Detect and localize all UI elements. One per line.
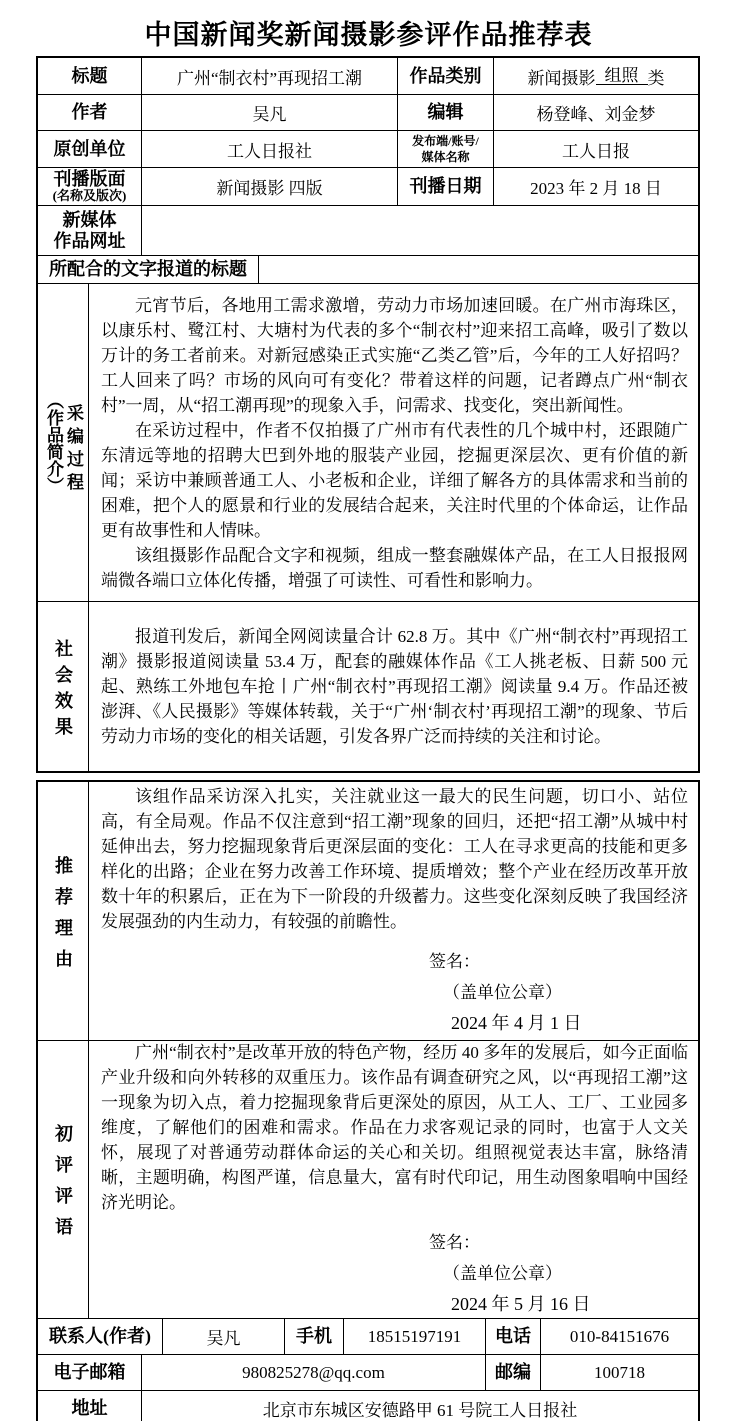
seal-note: （盖单位公章） <box>429 1258 591 1289</box>
signature-label: 签名： <box>429 946 582 977</box>
page-label: 刊播版面 (名称及版次) <box>38 168 142 205</box>
recommendation-vertical-label: 推荐理由 <box>52 843 74 980</box>
recommendation-paragraph: 该组作品采访深入扎实，关注就业这一最大的民生问题，切口小、站位高，有全局观。作品… <box>101 784 688 934</box>
recommendation-content: 该组作品采访深入扎实，关注就业这一最大的民生问题，切口小、站位高，有全局观。作品… <box>89 782 698 1040</box>
row-contact: 联系人(作者) 吴凡 手机 18515197191 电话 010-8415167… <box>38 1319 698 1355</box>
phone-label: 电话 <box>486 1319 541 1354</box>
new-media-value <box>142 206 698 255</box>
process-content: 元宵节后，各地用工需求激增，劳动力市场加速回暖。在广州市海珠区，以康乐村、鹭江村… <box>89 284 698 601</box>
review-content: 广州“制衣村”是改革开放的特色产物，经历 40 多年的发展后，如今正面临产业升级… <box>89 1041 698 1318</box>
address-label: 地址 <box>38 1391 142 1421</box>
new-media-label-line2: 作品网址 <box>54 231 126 252</box>
category-suffix: 类 <box>648 64 665 89</box>
phone-value: 010-84151676 <box>541 1319 698 1354</box>
mobile-label: 手机 <box>285 1319 344 1354</box>
row-effect: 社会效果 报道刊发后，新闻全网阅读量合计 62.8 万。其中《广州“制衣村”再现… <box>38 602 698 771</box>
row-review: 初评评语 广州“制衣村”是改革开放的特色产物，经历 40 多年的发展后，如今正面… <box>38 1041 698 1319</box>
review-paragraph: 广州“制衣村”是改革开放的特色产物，经历 40 多年的发展后，如今正面临产业升级… <box>101 1041 688 1215</box>
org-value: 工人日报社 <box>142 131 398 167</box>
org-label: 原创单位 <box>38 131 142 167</box>
signature-date: 2024 年 4 月 1 日 <box>429 1008 582 1039</box>
platform-label-line1: 发布端/账号/ <box>412 133 479 149</box>
date-value: 2023 年 2 月 18 日 <box>494 168 698 205</box>
page-title: 中国新闻奖新闻摄影参评作品推荐表 <box>0 0 737 52</box>
row-org: 原创单位 工人日报社 发布端/账号/ 媒体名称 工人日报 <box>38 131 698 168</box>
signature-date: 2024 年 5 月 16 日 <box>429 1289 591 1319</box>
recommendation-form-page: 中国新闻奖新闻摄影参评作品推荐表 标题 广州“制衣村”再现招工潮 作品类别 新闻… <box>0 0 737 1421</box>
process-label-sub: （作品简介） <box>43 389 63 496</box>
zip-value: 100718 <box>541 1355 698 1390</box>
row-process: 采编过程 （作品简介） 元宵节后，各地用工需求激增，劳动力市场加速回暖。在广州市… <box>38 284 698 602</box>
form-table-lower: 推荐理由 该组作品采访深入扎实，关注就业这一最大的民生问题，切口小、站位高，有全… <box>36 780 700 1421</box>
process-vertical-label: 采编过程 （作品简介） <box>43 389 83 496</box>
effect-label: 社会效果 <box>38 602 89 771</box>
platform-label-line2: 媒体名称 <box>421 149 469 165</box>
editor-value: 杨登峰、刘金梦 <box>494 95 698 130</box>
page-value: 新闻摄影 四版 <box>142 168 398 205</box>
row-page: 刊播版面 (名称及版次) 新闻摄影 四版 刊播日期 2023 年 2 月 18 … <box>38 168 698 206</box>
platform-label: 发布端/账号/ 媒体名称 <box>398 131 494 167</box>
signature-label: 签名： <box>429 1227 591 1258</box>
category-blank: 组照 <box>596 67 648 86</box>
row-email: 电子邮箱 980825278@qq.com 邮编 100718 <box>38 1355 698 1391</box>
row-new-media: 新媒体 作品网址 <box>38 206 698 256</box>
process-paragraph: 元宵节后，各地用工需求激增，劳动力市场加速回暖。在广州市海珠区，以康乐村、鹭江村… <box>101 293 688 418</box>
address-value: 北京市东城区安德路甲 61 号院工人日报社 <box>142 1391 698 1421</box>
email-value: 980825278@qq.com <box>142 1355 486 1390</box>
new-media-label-line1: 新媒体 <box>63 210 117 231</box>
recommendation-signature-block: 签名： （盖单位公章） 2024 年 4 月 1 日 <box>429 946 582 1039</box>
process-paragraph: 该组摄影作品配合文字和视频，组成一整套融媒体产品，在工人日报报网端微各端口立体化… <box>101 543 688 593</box>
effect-vertical-label: 社会效果 <box>52 631 74 743</box>
row-text-report: 所配合的文字报道的标题 <box>38 256 698 284</box>
category-prefix: 新闻摄影 <box>528 64 596 89</box>
email-label: 电子邮箱 <box>38 1355 142 1390</box>
row-recommendation: 推荐理由 该组作品采访深入扎实，关注就业这一最大的民生问题，切口小、站位高，有全… <box>38 782 698 1041</box>
text-report-label: 所配合的文字报道的标题 <box>38 256 259 283</box>
page-label-line1: 刊播版面 <box>54 169 126 190</box>
page-label-line2: (名称及版次) <box>53 189 127 204</box>
platform-value: 工人日报 <box>494 131 698 167</box>
process-paragraph: 在采访过程中，作者不仅拍摄了广州市有代表性的几个城中村，还跟随广东清远等地的招聘… <box>101 418 688 543</box>
author-value: 吴凡 <box>142 95 398 130</box>
effect-paragraph: 报道刊发后，新闻全网阅读量合计 62.8 万。其中《广州“制衣村”再现招工潮》摄… <box>101 624 688 749</box>
zip-label: 邮编 <box>486 1355 541 1390</box>
text-report-value <box>259 256 698 283</box>
row-author: 作者 吴凡 编辑 杨登峰、刘金梦 <box>38 95 698 131</box>
contact-person-value: 吴凡 <box>163 1319 285 1354</box>
review-label: 初评评语 <box>38 1041 89 1318</box>
mobile-value: 18515197191 <box>344 1319 486 1354</box>
row-address: 地址 北京市东城区安德路甲 61 号院工人日报社 <box>38 1391 698 1421</box>
category-label: 作品类别 <box>398 58 494 94</box>
author-label: 作者 <box>38 95 142 130</box>
title-value: 广州“制衣村”再现招工潮 <box>142 58 398 94</box>
process-label: 采编过程 （作品简介） <box>38 284 89 601</box>
title-label: 标题 <box>38 58 142 94</box>
new-media-label: 新媒体 作品网址 <box>38 206 142 255</box>
review-vertical-label: 初评评语 <box>52 1111 74 1248</box>
form-table-upper: 标题 广州“制衣村”再现招工潮 作品类别 新闻摄影组照类 作者 吴凡 编辑 杨登… <box>36 56 700 773</box>
process-label-main: 采编过程 <box>63 389 83 496</box>
seal-note: （盖单位公章） <box>429 977 582 1008</box>
contact-person-label: 联系人(作者) <box>38 1319 163 1354</box>
category-value: 新闻摄影组照类 <box>494 58 698 94</box>
effect-content: 报道刊发后，新闻全网阅读量合计 62.8 万。其中《广州“制衣村”再现招工潮》摄… <box>89 602 698 771</box>
recommendation-label: 推荐理由 <box>38 782 89 1040</box>
editor-label: 编辑 <box>398 95 494 130</box>
row-title: 标题 广州“制衣村”再现招工潮 作品类别 新闻摄影组照类 <box>38 58 698 95</box>
date-label: 刊播日期 <box>398 168 494 205</box>
review-signature-block: 签名： （盖单位公章） 2024 年 5 月 16 日 <box>429 1227 591 1319</box>
